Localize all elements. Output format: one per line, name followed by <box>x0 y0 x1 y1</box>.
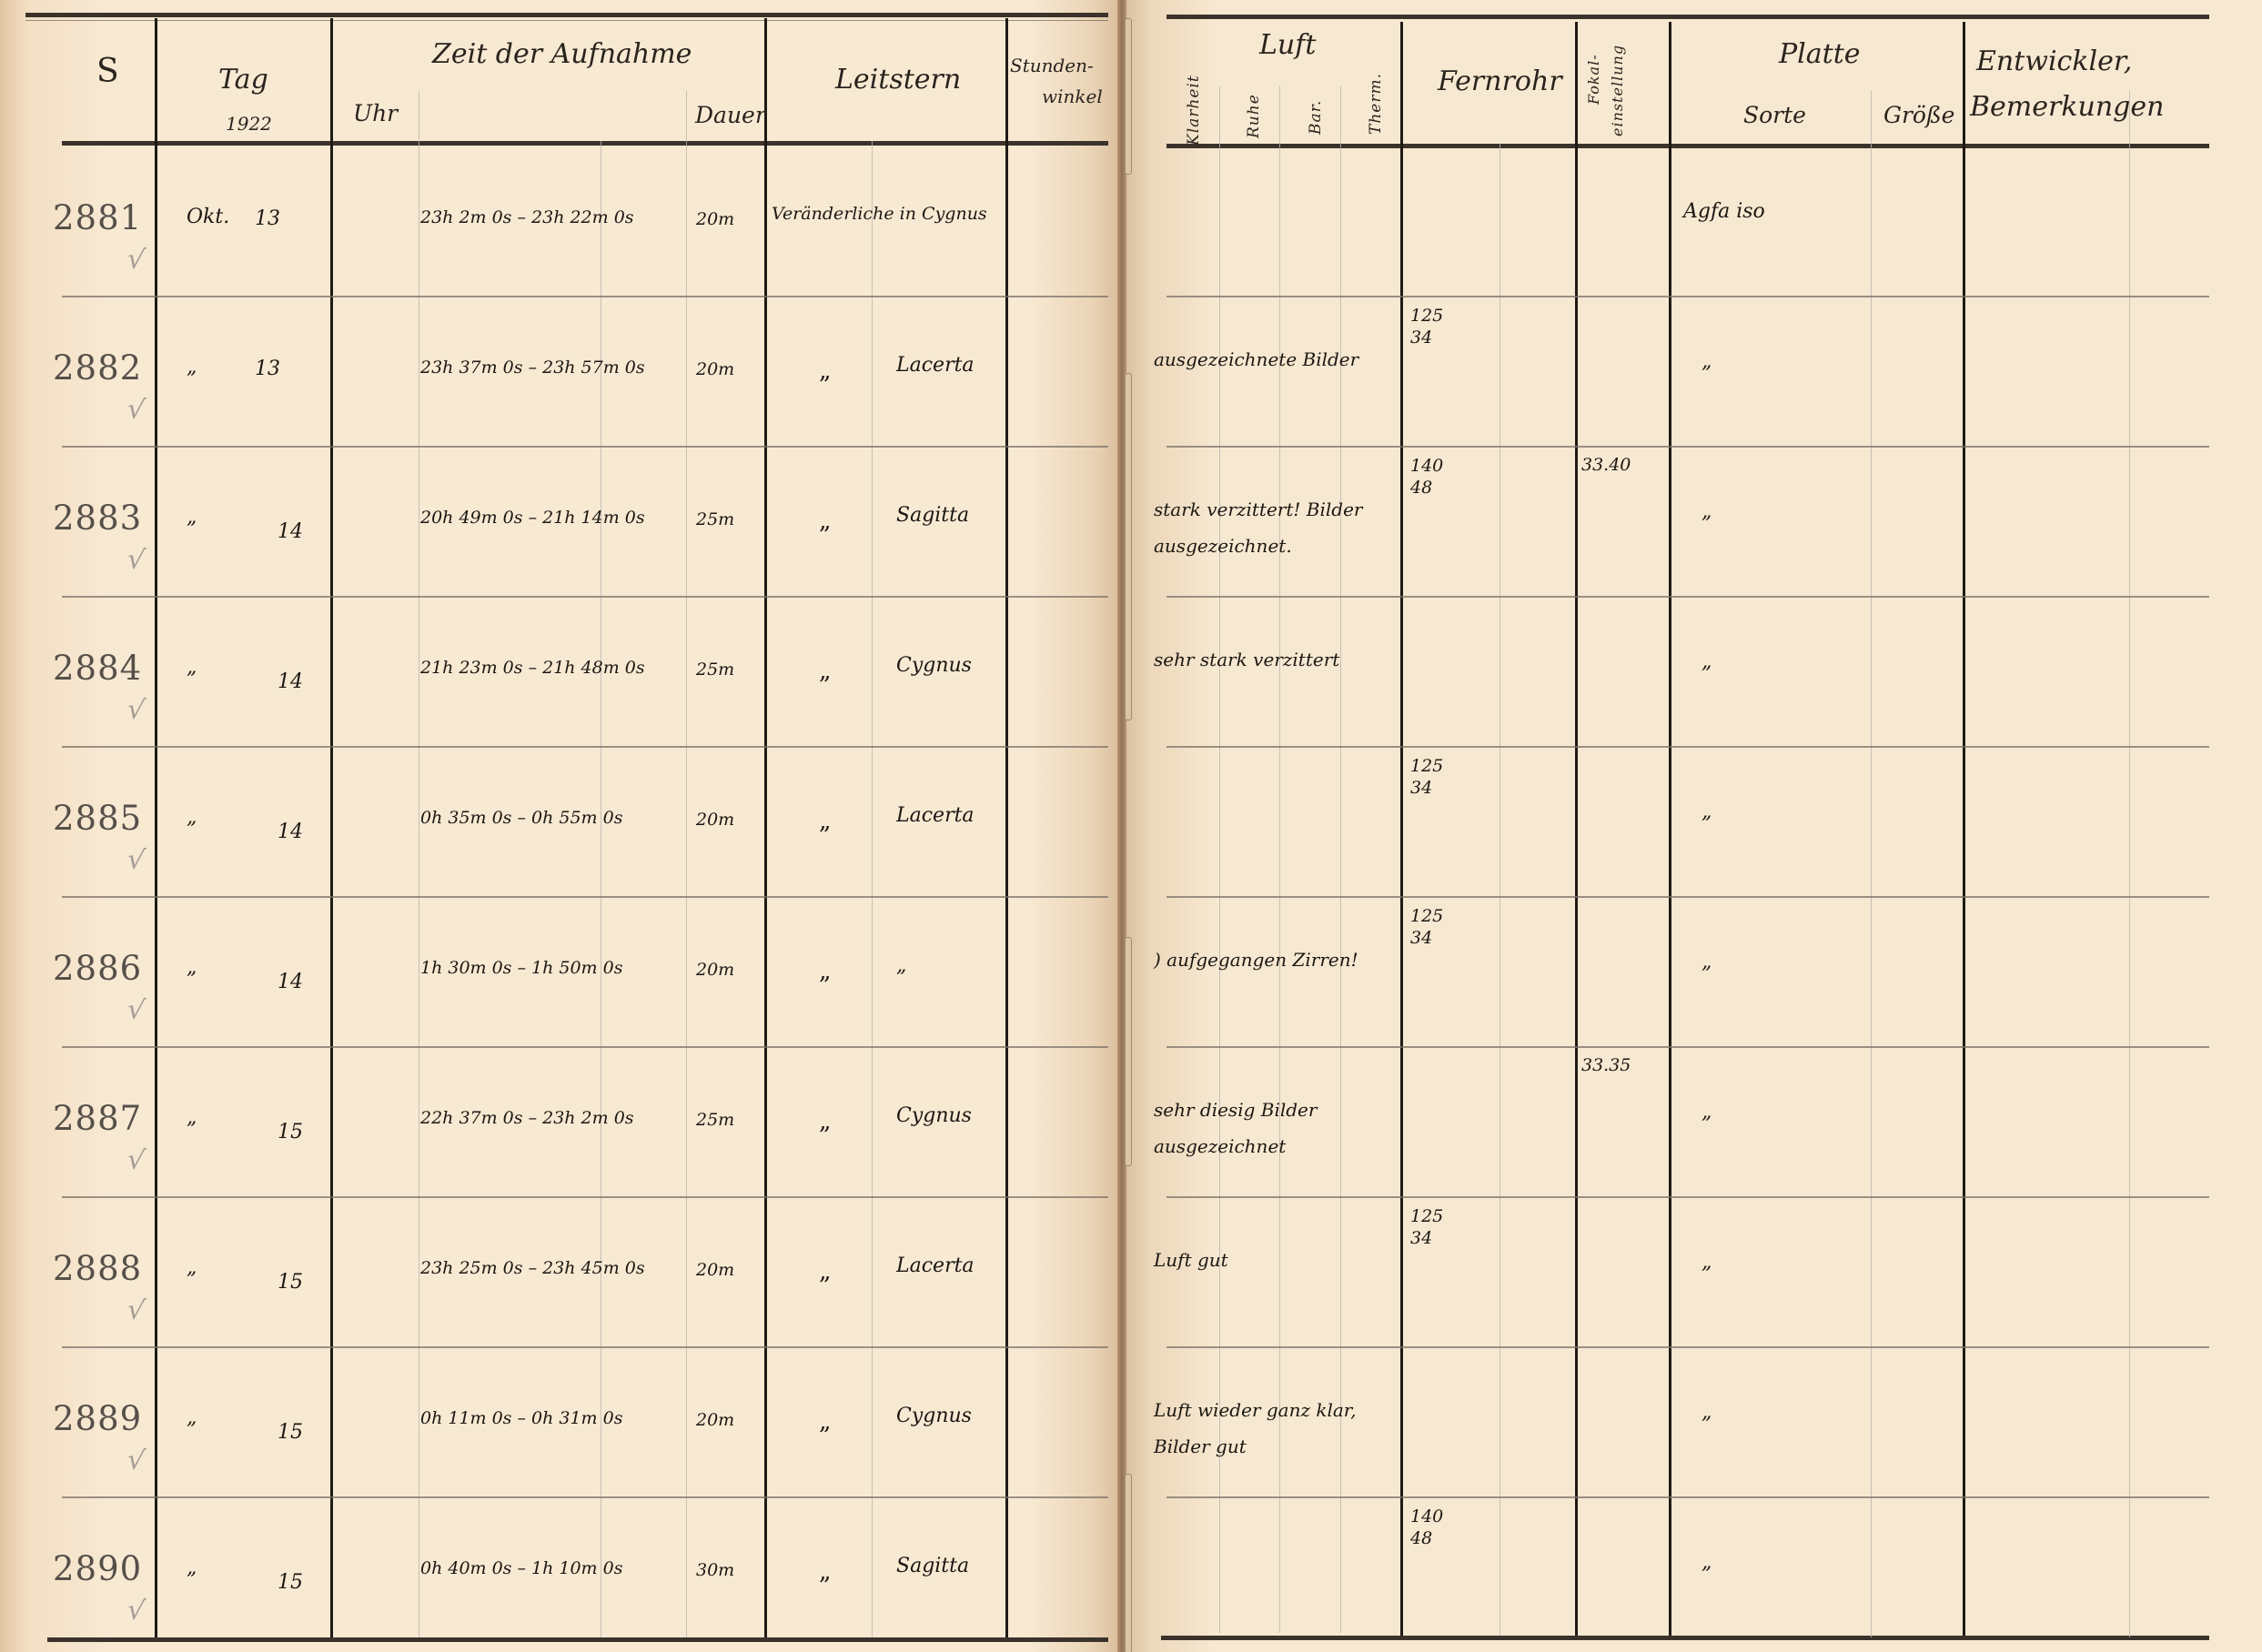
row-divider <box>62 1496 1108 1498</box>
entry-guide-star: „ <box>896 954 906 977</box>
row-divider <box>62 296 1108 297</box>
entry-month: „ <box>187 956 197 979</box>
header-number: S <box>96 53 119 90</box>
entry-guide-star: Lacerta <box>896 804 974 827</box>
entry-number: 2884 <box>53 649 142 688</box>
col-divider <box>1575 22 1578 1636</box>
entry-day: 15 <box>278 1271 303 1294</box>
entry-time: 23h 25m 0s – 23h 45m 0s <box>420 1258 645 1278</box>
header-calm: Ruhe <box>1245 94 1263 138</box>
entry-day: 15 <box>278 1421 303 1444</box>
entry-duration: 25m <box>696 509 734 529</box>
air-remark: sehr diesig Bilder ausgezeichnet <box>1154 1092 1390 1164</box>
telescope-value: 140 48 <box>1410 1506 1456 1549</box>
header-bottom-rule <box>1166 144 2209 148</box>
row-divider <box>1166 1196 2209 1198</box>
entry-number: 2890 <box>53 1549 142 1588</box>
header-remarks: Bemerkungen <box>1970 91 2164 123</box>
air-remark: stark verzittert! Bilder ausgezeichnet. <box>1154 491 1390 564</box>
entry-duration: 25m <box>696 1110 734 1130</box>
entry-day: 15 <box>278 1571 303 1594</box>
entry-guide-star: Cygnus <box>896 1405 972 1427</box>
entry-month: „ <box>187 1106 197 1129</box>
entry-time: 23h 2m 0s – 23h 22m 0s <box>420 207 634 227</box>
row-divider <box>1166 596 2209 598</box>
entry-duration: 20m <box>696 209 734 229</box>
ditto-mark: „ <box>819 1258 831 1285</box>
entry-month: „ <box>187 506 197 529</box>
col-divider <box>155 18 157 1637</box>
entry-month: Okt. <box>187 206 229 228</box>
entry-duration: 25m <box>696 660 734 680</box>
book-spine <box>1117 0 1126 1652</box>
header-top-rule <box>25 13 1108 17</box>
entry-duration: 20m <box>696 960 734 980</box>
entry-month: „ <box>187 806 197 829</box>
air-remark: sehr stark verzittert <box>1154 641 1390 678</box>
entry-month: „ <box>187 1256 197 1279</box>
plate-sort: „ <box>1702 1101 1712 1123</box>
entry-day: 13 <box>255 358 280 380</box>
entry-guide-star: Cygnus <box>896 1104 972 1127</box>
entry-duration: 20m <box>696 810 734 830</box>
header-barometer: Bar. <box>1307 100 1325 135</box>
page-bottom-rule <box>47 1637 1108 1642</box>
col-divider <box>764 18 767 1637</box>
air-remark: Luft wieder ganz klar, Bilder gut <box>1154 1392 1390 1465</box>
header-plate-sort: Sorte <box>1743 102 1806 128</box>
binding-thread <box>1125 18 1132 175</box>
plate-sort: „ <box>1702 650 1712 673</box>
header-guide-star: Leitstern <box>835 64 961 96</box>
telescope-value: 125 34 <box>1410 1205 1456 1249</box>
col-divider <box>330 18 333 1637</box>
entry-day: 14 <box>278 971 303 993</box>
entry-guide-star: Lacerta <box>896 354 974 377</box>
entry-time: 0h 35m 0s – 0h 55m 0s <box>420 808 622 828</box>
entry-day: 14 <box>278 670 303 693</box>
entry-month: „ <box>187 656 197 679</box>
entry-month: „ <box>187 356 197 378</box>
ditto-mark: „ <box>819 808 831 835</box>
telescope-value: 125 34 <box>1410 905 1456 949</box>
row-divider <box>62 896 1108 898</box>
row-divider <box>1166 896 2209 898</box>
header-developer: Entwickler, <box>1976 45 2132 77</box>
telescope-value: 140 48 <box>1410 455 1456 499</box>
ditto-mark: „ <box>819 508 831 535</box>
entry-time: 20h 49m 0s – 21h 14m 0s <box>420 508 645 528</box>
header-clarity: Klarheit <box>1185 75 1203 146</box>
header-year: 1922 <box>226 113 272 135</box>
row-divider <box>62 596 1108 598</box>
header-plate-size: Größe <box>1883 102 1954 128</box>
col-divider <box>1400 22 1403 1636</box>
plate-sort: „ <box>1702 1551 1712 1574</box>
header-air: Luft <box>1259 29 1316 61</box>
plate-sort: „ <box>1702 1251 1712 1274</box>
plate-sort: „ <box>1702 951 1712 973</box>
plate-sort: „ <box>1702 801 1712 823</box>
row-divider <box>62 1046 1108 1048</box>
focal-value: 33.35 <box>1581 1055 1631 1075</box>
telescope-value: 125 34 <box>1410 755 1456 799</box>
header-bottom-rule <box>62 141 1108 146</box>
air-remark: Luft gut <box>1154 1242 1390 1278</box>
header-top-rule-fine <box>25 20 1108 21</box>
entry-time: 22h 37m 0s – 23h 2m 0s <box>420 1108 634 1128</box>
row-divider <box>1166 446 2209 448</box>
row-divider <box>62 446 1108 448</box>
telescope-value: 125 34 <box>1410 305 1456 348</box>
entry-number: 2888 <box>53 1249 142 1288</box>
header-plate: Platte <box>1779 38 1861 70</box>
entry-guide-star: Sagitta <box>896 1555 969 1577</box>
header-focal-2: einstellung <box>1609 45 1626 136</box>
air-remark: ) aufgegangen Zirren! <box>1154 942 1390 978</box>
header-clock: Uhr <box>353 100 398 126</box>
entry-time: 23h 37m 0s – 23h 57m 0s <box>420 358 645 378</box>
plate-sort: „ <box>1702 500 1712 523</box>
row-divider <box>1166 296 2209 297</box>
header-thermometer: Therm. <box>1367 73 1385 135</box>
header-day: Tag <box>218 64 268 96</box>
entry-number: 2881 <box>53 198 142 237</box>
entry-number: 2882 <box>53 348 142 388</box>
entry-time: 0h 40m 0s – 1h 10m 0s <box>420 1558 622 1578</box>
entry-time: 0h 11m 0s – 0h 31m 0s <box>420 1408 622 1428</box>
ditto-mark: „ <box>819 1408 831 1435</box>
entry-guide-star: Veränderliche in Cygnus <box>772 204 987 224</box>
col-guide <box>1871 91 1872 1637</box>
row-divider <box>62 746 1108 748</box>
entry-number: 2886 <box>53 949 142 988</box>
row-divider <box>62 1196 1108 1198</box>
row-divider <box>1166 1046 2209 1048</box>
binding-thread <box>1125 1474 1132 1652</box>
entry-number: 2889 <box>53 1399 142 1438</box>
entry-duration: 20m <box>696 1410 734 1430</box>
header-hour-angle-2: winkel <box>1042 86 1103 107</box>
page-bottom-rule <box>1161 1636 2209 1640</box>
binding-thread <box>1125 937 1132 1166</box>
row-divider <box>1166 1346 2209 1348</box>
entry-number: 2885 <box>53 799 142 838</box>
entry-day: 14 <box>278 520 303 543</box>
entry-month: „ <box>187 1556 197 1579</box>
air-remark: ausgezeichnete Bilder <box>1154 341 1390 378</box>
header-duration: Dauer <box>695 102 766 128</box>
plate-sort: „ <box>1702 350 1712 373</box>
header-top-rule <box>1166 15 2209 19</box>
entry-number: 2883 <box>53 499 142 538</box>
entry-day: 15 <box>278 1121 303 1143</box>
plate-sort: Agfa iso <box>1683 200 1765 223</box>
entry-guide-star: Cygnus <box>896 654 972 677</box>
entry-time: 1h 30m 0s – 1h 50m 0s <box>420 958 622 978</box>
entry-duration: 20m <box>696 359 734 379</box>
row-divider <box>62 1346 1108 1348</box>
col-divider <box>1005 18 1008 1637</box>
plate-sort: „ <box>1702 1401 1712 1424</box>
entry-duration: 20m <box>696 1260 734 1280</box>
entry-day: 13 <box>255 207 280 230</box>
entry-month: „ <box>187 1406 197 1429</box>
entry-guide-star: Lacerta <box>896 1254 974 1277</box>
header-hour-angle: Stunden- <box>1010 55 1094 76</box>
col-divider <box>1963 22 1965 1636</box>
row-divider <box>1166 1496 2209 1498</box>
entry-guide-star: Sagitta <box>896 504 969 527</box>
ditto-mark: „ <box>819 1108 831 1135</box>
header-time-group: Zeit der Aufnahme <box>432 38 692 70</box>
binding-thread <box>1125 373 1132 720</box>
col-guide <box>872 141 873 1637</box>
col-divider <box>1669 22 1671 1636</box>
entry-number: 2887 <box>53 1099 142 1138</box>
ditto-mark: „ <box>819 958 831 985</box>
header-focal: Fokal- <box>1585 54 1602 105</box>
entry-day: 14 <box>278 821 303 843</box>
col-guide <box>686 91 687 1637</box>
focal-value: 33.40 <box>1581 455 1631 475</box>
col-guide <box>1500 144 1500 1636</box>
row-divider <box>1166 746 2209 748</box>
ditto-mark: „ <box>819 658 831 685</box>
col-guide <box>2129 91 2130 1637</box>
ditto-mark: „ <box>819 358 831 385</box>
header-telescope: Fernrohr <box>1438 65 1562 97</box>
entry-duration: 30m <box>696 1560 734 1580</box>
col-guide <box>419 91 419 1637</box>
ditto-mark: „ <box>819 1558 831 1586</box>
entry-time: 21h 23m 0s – 21h 48m 0s <box>420 658 645 678</box>
